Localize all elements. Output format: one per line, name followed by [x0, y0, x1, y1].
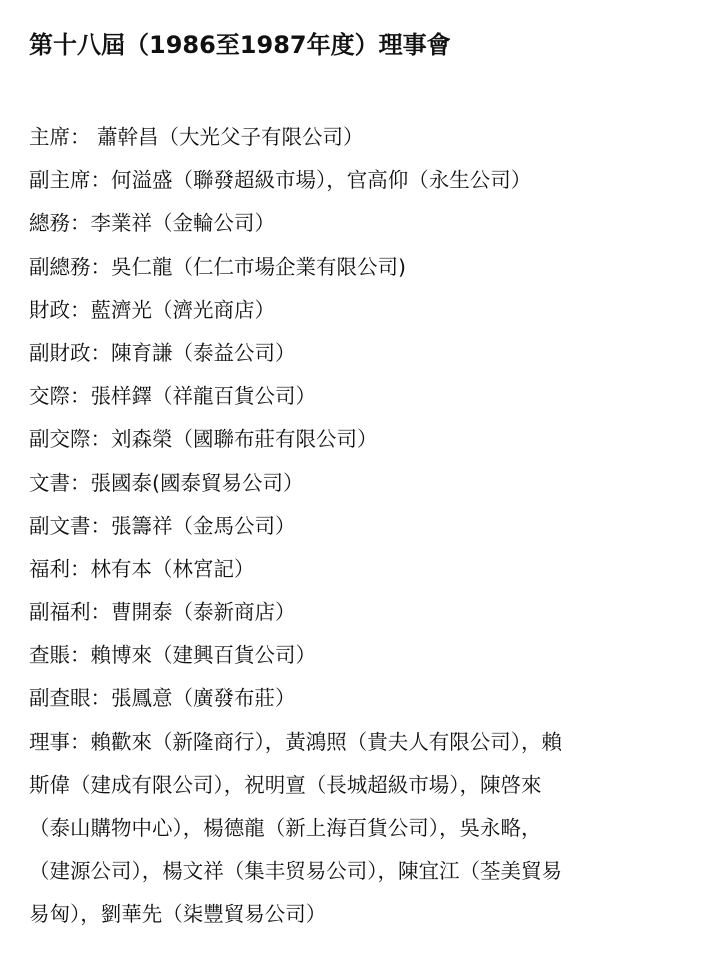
directors-line: 斯偉（建成有限公司），祝明亶（長城超級市場），陳啓來	[29, 764, 695, 807]
entry-vice-chairman: 副主席：何溢盛（聯發超級市場），官高仰（永生公司）	[29, 159, 695, 202]
entry-vice-auditor: 副查眼：張鳳意（廣發布莊）	[29, 677, 695, 720]
entry-vice-secretary: 副文書：張籌祥（金馬公司）	[29, 505, 695, 548]
entry-vice-welfare: 副福利：曹開泰（泰新商店）	[29, 591, 695, 634]
directors-line: 理事：賴歡來（新隆商行），黃鴻照（貴夫人有限公司），賴	[29, 721, 695, 764]
entry-treasurer: 財政：藍濟光（濟光商店）	[29, 289, 695, 332]
directors-line: （建源公司），楊文祥（集丰贸易公司），陳宜江（荃美貿易	[29, 850, 695, 893]
page-title: 第十八屆（1986至1987年度）理事會	[29, 28, 451, 62]
entry-general-affairs: 總務：李業祥（金輪公司）	[29, 202, 695, 245]
entry-secretary: 文書：張國泰(國泰貿易公司）	[29, 462, 695, 505]
directors-line: 易匈），劉華先（柒豐貿易公司）	[29, 893, 695, 936]
directors-line: （泰山購物中心），楊德龍（新上海百貨公司），吳永略，	[29, 807, 695, 850]
council-member-list: 主席： 蕭幹昌（大光父子有限公司） 副主席：何溢盛（聯發超級市場），官高仰（永生…	[29, 116, 695, 937]
entry-welfare: 福利：林有本（林宮記）	[29, 548, 695, 591]
entry-vice-treasurer: 副財政：陳育謙（泰益公司）	[29, 332, 695, 375]
entry-vice-public-relations: 副交際：刘森榮（國聯布莊有限公司）	[29, 418, 695, 461]
entry-vice-general-affairs: 副總務：吳仁龍（仁仁市場企業有限公司)	[29, 246, 695, 289]
directors-paragraph: 理事：賴歡來（新隆商行），黃鴻照（貴夫人有限公司），賴 斯偉（建成有限公司），祝…	[29, 721, 695, 937]
entry-chairman: 主席： 蕭幹昌（大光父子有限公司）	[29, 116, 695, 159]
entry-auditor: 查賬：賴博來（建興百貨公司）	[29, 634, 695, 677]
entry-public-relations: 交際：張样鐸（祥龍百貨公司）	[29, 375, 695, 418]
